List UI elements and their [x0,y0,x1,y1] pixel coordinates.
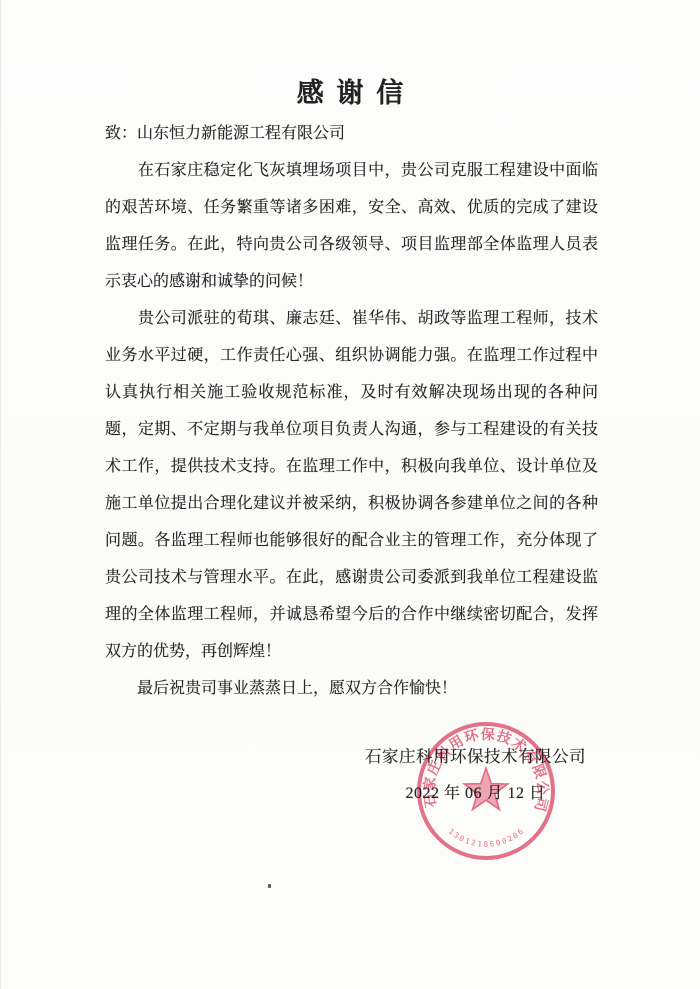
recipient-line: 致：山东恒力新能源工程有限公司 [105,115,598,152]
seal-star-icon [464,768,508,810]
letter-line: 施工单位提出合理化建议并被采纳，积极协调各参建单位之间的各种 [105,485,598,522]
letter-line: 问题。各监理工程师也能够很好的配合业主的管理工作，充分体现了 [105,522,598,559]
letter-line: 术工作，提供技术支持。在监理工作中，积极向我单位、设计单位及 [105,448,598,485]
letter-line: 理的全体监理工程师，并诚恳希望今后的合作中继续密切配合，发挥 [105,596,598,633]
letter-line: 贵公司派驻的荀琪、廉志廷、崔华伟、胡政等监理工程师，技术 [105,300,598,337]
signature-block: 石家庄科用环保技术有限公司 2022 年 06 月 12 日 [1,738,700,812]
letter-line: 业务水平过硬，工作责任心强、组织协调能力强。在监理工作过程中 [105,337,598,374]
letter-line: 双方的优势，再创辉煌！ [105,633,598,670]
letter-line: 示衷心的感谢和诚挚的问候！ [105,263,598,300]
letter-line: 贵公司技术与管理水平。在此，感谢贵公司委派到我单位工程建设监 [105,559,598,596]
closing-line: 最后祝贵司事业蒸蒸日上，愿双方合作愉快！ [105,670,598,707]
ink-speck [268,884,271,888]
letter-line: 监理任务。在此，特向贵公司各级领导、项目监理部全体监理人员表 [105,226,598,263]
company-seal-stamp: 石家庄科用环保技术有限公司 1301218600206 [411,716,561,866]
letter-lines: 致：山东恒力新能源工程有限公司 在石家庄稳定化飞灰填埋场项目中，贵公司克服工程建… [105,115,598,707]
letter-page: 感 谢 信 致：山东恒力新能源工程有限公司 在石家庄稳定化飞灰填埋场项目中，贵公… [0,0,700,989]
letter-title: 感 谢 信 [105,78,598,108]
seal-code-text: 1301218600206 [447,826,527,849]
letter-body: 感 谢 信 致：山东恒力新能源工程有限公司 在石家庄稳定化飞灰填埋场项目中，贵公… [105,0,598,707]
letter-line: 题，定期、不定期与我单位项目负责人沟通，参与工程建设的有关技 [105,411,598,448]
letter-line: 在石家庄稳定化飞灰填埋场项目中，贵公司克服工程建设中面临 [105,152,598,189]
letter-line: 认真执行相关施工验收规范标准，及时有效解决现场出现的各种问 [105,374,598,411]
letter-line: 的艰苦环境、任务繁重等诸多困难，安全、高效、优质的完成了建设 [105,189,598,226]
